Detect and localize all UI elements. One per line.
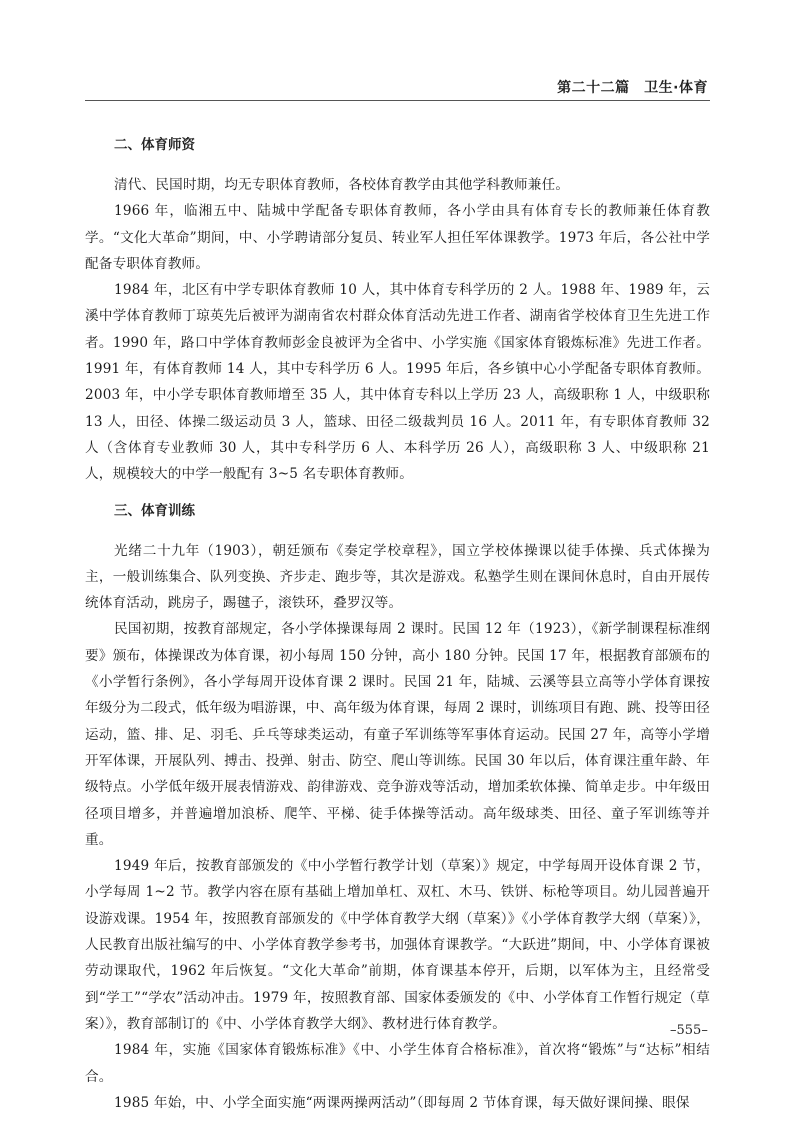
paragraph: 1985 年始，中、小学全面实施“两课两操两活动”（即每周 2 节体育课，每天做… — [85, 1090, 710, 1116]
paragraph: 光绪二十九年（1903），朝廷颁布《奏定学校章程》，国立学校体操课以徒手体操、兵… — [85, 538, 710, 617]
paragraph: 清代、民国时期，均无专职体育教师，各校体育教学由其他学科教师兼任。 — [85, 172, 710, 198]
running-header: 第二十二篇 卫生·体育 — [85, 70, 710, 101]
section-heading: 二、体育师资 — [85, 132, 710, 158]
page-body: 二、体育师资 清代、民国时期，均无专职体育教师，各校体育教学由其他学科教师兼任。… — [85, 132, 710, 1116]
section-teachers: 二、体育师资 清代、民国时期，均无专职体育教师，各校体育教学由其他学科教师兼任。… — [85, 132, 710, 488]
page-number: –555– — [670, 1023, 708, 1038]
running-header-title: 第二十二篇 卫生·体育 — [557, 77, 708, 97]
paragraph: 1984 年，实施《国家体育锻炼标准》《中、小学生体育合格标准》，首次将“锻炼”… — [85, 1037, 710, 1090]
paragraph: 1949 年后，按教育部颁发的《中小学暂行教学计划（草案）》规定，中学每周开设体… — [85, 853, 710, 1037]
paragraph: 1984 年，北区有中学专职体育教师 10 人，其中体育专科学历的 2 人。19… — [85, 277, 710, 487]
section-training: 三、体育训练 光绪二十九年（1903），朝廷颁布《奏定学校章程》，国立学校体操课… — [85, 498, 710, 1117]
paragraph: 1966 年，临湘五中、陆城中学配备专职体育教师，各小学由具有体育专长的教师兼任… — [85, 198, 710, 277]
section-heading: 三、体育训练 — [85, 498, 710, 524]
paragraph: 民国初期，按教育部规定，各小学体操课每周 2 课时。民国 12 年（1923），… — [85, 616, 710, 853]
